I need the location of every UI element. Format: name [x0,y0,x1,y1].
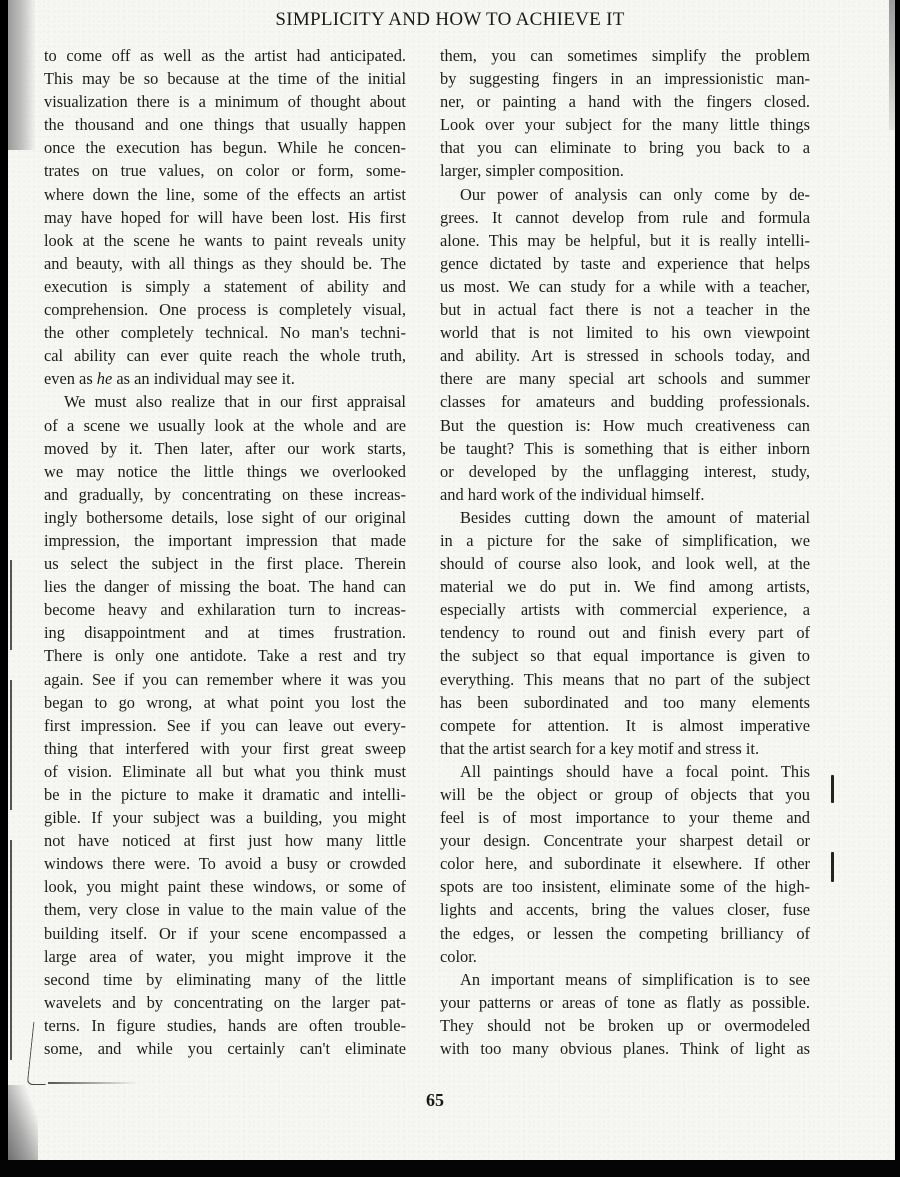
text-line: classes for amateurs and budding profess… [440,390,810,413]
text-line: the thousand and one things that usually… [44,113,406,136]
text-line: comprehension. One process is completely… [44,298,406,321]
text-line: become heavy and exhilaration turn to in… [44,598,406,621]
text-line: large area of water, you might improve i… [44,945,406,968]
text-line: They should not be broken up or overmode… [440,1014,810,1037]
text-line: larger, simpler composition. [440,159,810,182]
text-line: should of course also look, and look wel… [440,552,810,575]
margin-pencil-tick [831,852,834,882]
text-line: cal ability can ever quite reach the who… [44,344,406,367]
text-line: But the question is: How much creativene… [440,414,810,437]
text-line: us most. We can study for a while with a… [440,275,810,298]
text-line: material we do put in. We find among art… [440,575,810,598]
text-line: execution is simply a statement of abili… [44,275,406,298]
text-line: especially artists with commercial exper… [440,598,810,621]
text-line: impression, the important impression tha… [44,529,406,552]
margin-pencil-line [10,560,12,650]
text-line: the other completely technical. No man's… [44,321,406,344]
text-line: first impression. See if you can leave o… [44,714,406,737]
text-line: that the artist search for a key motif a… [440,737,810,760]
text-line: by suggesting fingers in an impressionis… [440,67,810,90]
text-line: has been subordinated and too many eleme… [440,691,810,714]
text-line: will be the object or group of objects t… [440,783,810,806]
text-line: visualization there is a minimum of thou… [44,90,406,113]
text-line: An important means of simplification is … [440,968,810,991]
text-line: grees. It cannot develop from rule and f… [440,206,810,229]
text-line: compete for attention. It is almost impe… [440,714,810,737]
text-line: feel is of most importance to your theme… [440,806,810,829]
margin-pencil-tick [831,775,834,803]
text-line: of vision. Eliminate all but what you th… [44,760,406,783]
text-line: or developed by the unflagging interest,… [440,460,810,483]
text-line: and hard work of the individual himself. [440,483,810,506]
page-number: 65 [420,1090,450,1111]
text-line: that you can eliminate to bring you back… [440,136,810,159]
text-line: trates on true values, on color or form,… [44,159,406,182]
text-line: be in the picture to make it dramatic an… [44,783,406,806]
text-line: Our power of analysis can only come by d… [440,183,810,206]
left-text-column: to come off as well as the artist had an… [44,44,406,1060]
text-line: There is only one antidote. Take a rest … [44,644,406,667]
text-line: We must also realize that in our first a… [44,390,406,413]
running-head: SIMPLICITY AND HOW TO ACHIEVE IT [0,9,900,31]
binding-shadow-bottom [8,1085,38,1160]
text-line: in a picture for the sake of simplificat… [440,529,810,552]
text-line: to come off as well as the artist had an… [44,44,406,67]
text-line: be taught? This is something that is eit… [440,437,810,460]
text-line: and gradually, by concentrating on these… [44,483,406,506]
text-line: world that is not limited to his own vie… [440,321,810,344]
text-line: tendency to round out and finish every p… [440,621,810,644]
text-line: even as he as an individual may see it. [44,367,406,390]
text-line: lies the danger of missing the boat. The… [44,575,406,598]
text-line: began to go wrong, at what point you los… [44,691,406,714]
text-line: the edges, or lessen the competing brill… [440,922,810,945]
text-line: spots are too insistent, eliminate some … [440,875,810,898]
right-text-column: them, you can sometimes simplify the pro… [440,44,810,1060]
text-line: your design. Concentrate your sharpest d… [440,829,810,852]
text-line: Besides cutting down the amount of mater… [440,506,810,529]
text-line: and beauty, with all things as they shou… [44,252,406,275]
text-line: but in actual fact there is not a teache… [440,298,810,321]
text-line: not have noticed at first just how many … [44,829,406,852]
text-line: there are many special art schools and s… [440,367,810,390]
text-line: windows there were. To avoid a busy or c… [44,852,406,875]
margin-pencil-line [10,840,12,1060]
text-line: gence dictated by taste and experience t… [440,252,810,275]
text-line: thing that interfered with your first gr… [44,737,406,760]
text-line: we may notice the little things we overl… [44,460,406,483]
text-line: once the execution has begun. While he c… [44,136,406,159]
text-line: wavelets and by concentrating on the lar… [44,991,406,1014]
text-line: color here, and subordinate it elsewhere… [440,852,810,875]
text-line: with too many obvious planes. Think of l… [440,1037,810,1060]
text-line: ner, or painting a hand with the fingers… [440,90,810,113]
text-line: moved by it. Then later, after our work … [44,437,406,460]
scan-border [0,1160,900,1177]
text-line: us select the subject in the first place… [44,552,406,575]
text-line: lights and accents, bring the values clo… [440,898,810,921]
text-line: Look over your subject for the many litt… [440,113,810,136]
text-line: and ability. Art is stressed in schools … [440,344,810,367]
text-line: building itself. Or if your scene encomp… [44,922,406,945]
text-line: look, you might paint these windows, or … [44,875,406,898]
text-line: gible. If your subject was a building, y… [44,806,406,829]
text-line: of a scene we usually look at the whole … [44,414,406,437]
text-line: the subject so that equal importance is … [440,644,810,667]
text-line: second time by eliminating many of the l… [44,968,406,991]
text-line: them, very close in value to the main va… [44,898,406,921]
text-line: again. See if you can remember where it … [44,668,406,691]
text-line: them, you can sometimes simplify the pro… [440,44,810,67]
text-line: This may be so because at the time of th… [44,67,406,90]
text-line: terns. In figure studies, hands are ofte… [44,1014,406,1037]
text-line: where down the line, some of the effects… [44,183,406,206]
text-line: look at the scene he wants to paint reve… [44,229,406,252]
text-line: may have hoped for will have been lost. … [44,206,406,229]
text-line: everything. This means that no part of t… [440,668,810,691]
margin-pencil-line [10,680,12,810]
text-line: ing disappointment and at times frustrat… [44,621,406,644]
text-line: your patterns or areas of tone as flatly… [440,991,810,1014]
text-line: All paintings should have a focal point.… [440,760,810,783]
text-line: ingly bothersome details, lose sight of … [44,506,406,529]
text-line: color. [440,945,810,968]
text-line: alone. This may be helpful, but it is re… [440,229,810,252]
text-line: some, and while you certainly can't elim… [44,1037,406,1060]
margin-bracket-tail [48,1082,138,1084]
